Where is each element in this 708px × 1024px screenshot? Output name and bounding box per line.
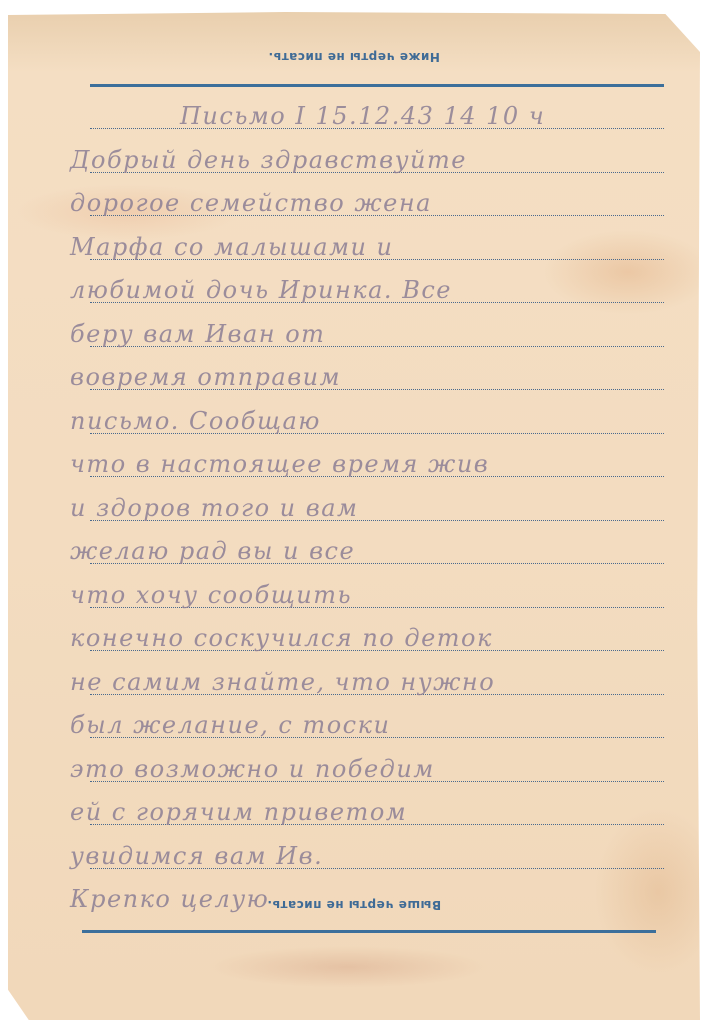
handwritten-line: письмо. Сообщаю [70, 407, 690, 435]
handwritten-line: Письмо I 15.12.43 14 10 ч [180, 102, 708, 130]
handwritten-line: что в настоящее время жив [70, 450, 690, 478]
handwritten-line: это возможно и победим [70, 755, 690, 783]
handwritten-line: ей с горячим приветом [70, 798, 690, 826]
printed-label-top: Ниже черты не писать. [0, 50, 708, 64]
handwritten-line: Марфа со малышами и [70, 233, 690, 261]
handwritten-line: вовремя отправим [70, 363, 690, 391]
printed-rule-bottom [82, 930, 656, 933]
handwritten-line: и здоров того и вам [70, 494, 690, 522]
printed-rule-top [90, 84, 664, 87]
handwritten-line: дорогое семейство жена [70, 189, 690, 217]
handwritten-line: желаю рад вы и все [70, 537, 690, 565]
handwritten-line: Добрый день здравствуйте [70, 146, 690, 174]
handwritten-line: не самим знайте, что нужно [70, 668, 690, 696]
handwritten-line: беру вам Иван от [70, 320, 690, 348]
handwritten-line: любимой дочь Иринка. Все [70, 276, 690, 304]
handwritten-line: конечно соскучился по деток [70, 624, 690, 652]
printed-label-bottom: Выше черты не писать. [0, 898, 708, 912]
handwritten-line: был желание, с тоски [70, 711, 690, 739]
handwritten-line: что хочу сообщить [70, 581, 690, 609]
handwritten-line: увидимся вам Ив. [70, 842, 690, 870]
